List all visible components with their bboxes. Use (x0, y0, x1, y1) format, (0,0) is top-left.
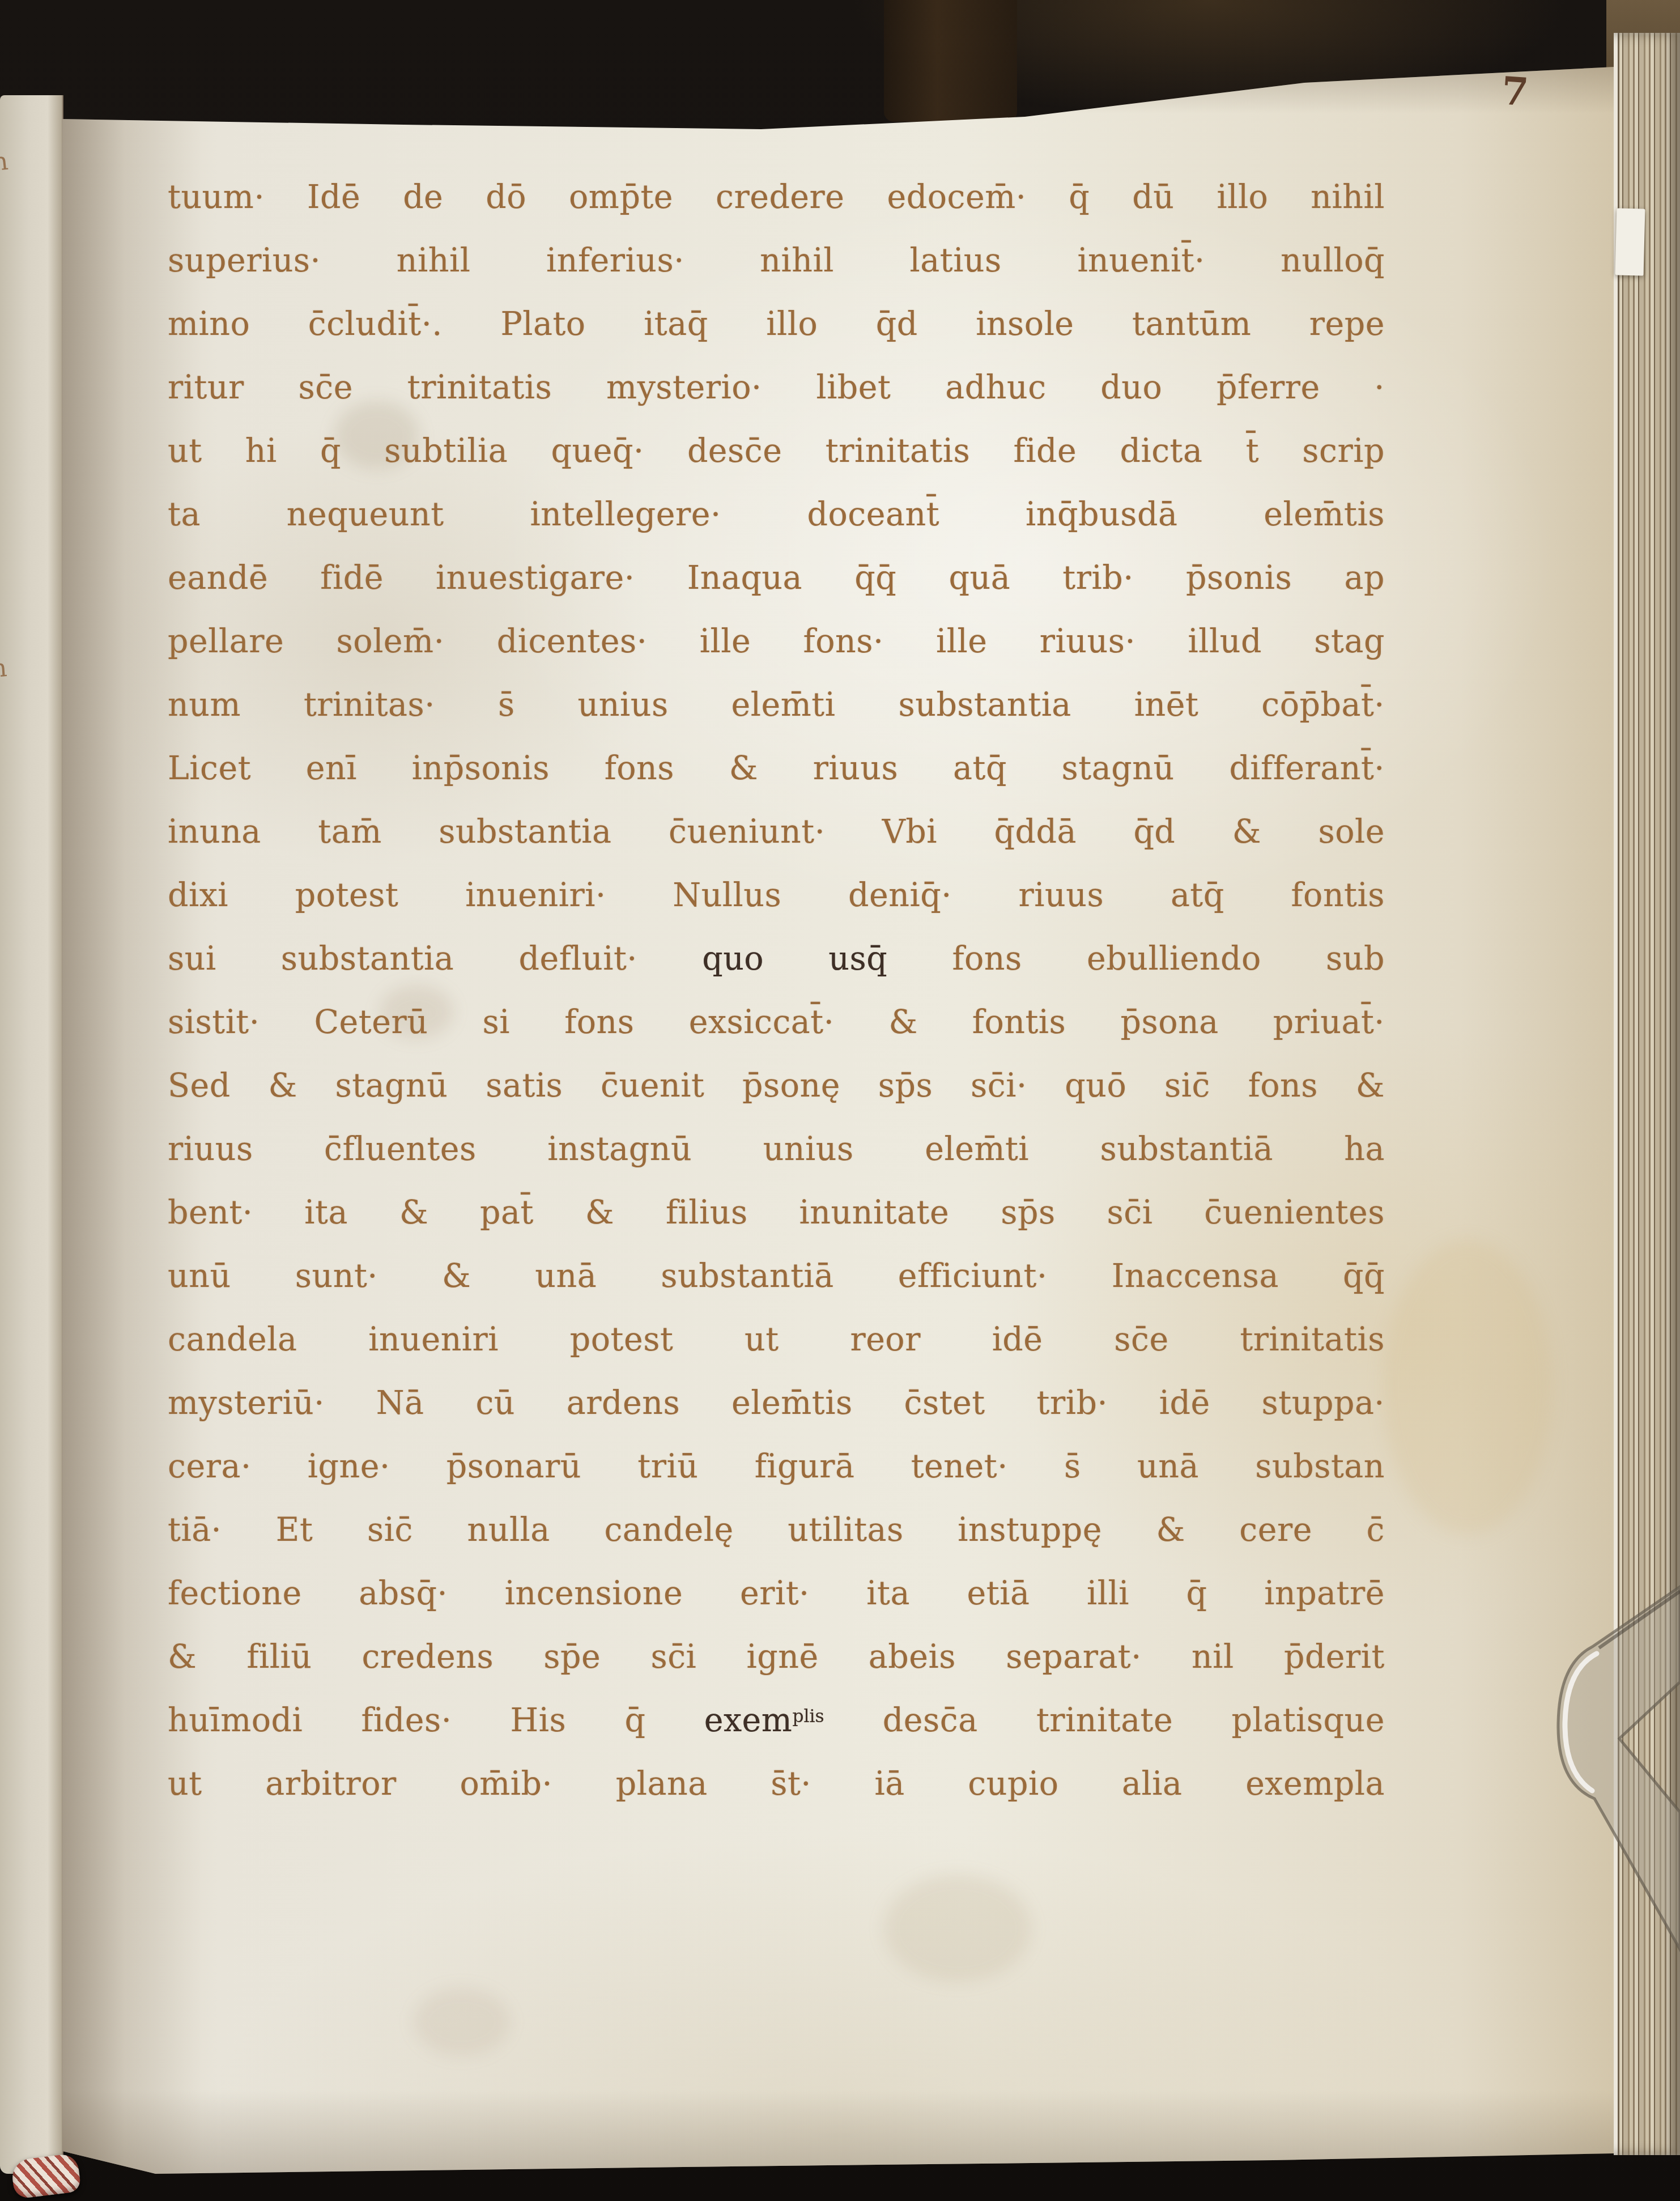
line-text: Sed & stagnū satis c̄uenit p̄sonę sp̄s s… (168, 1067, 1385, 1104)
parchment-stain (414, 1988, 510, 2056)
line-text: fectione absq̄· incensione erit· ita eti… (168, 1575, 1385, 1612)
parchment-stain (884, 1875, 1031, 1982)
line-text: tuum· Idē de dō omp̄te credere edocem̄· … (168, 179, 1385, 216)
line-text: ta nequeunt intellegere· doceant̄ inq̄bu… (168, 496, 1385, 533)
manuscript-line: sistit· Ceterū si fons exsiccat̄· & font… (168, 991, 1385, 1054)
line-text: mino c̄cludit̄·. Plato itaq̄ illo q̄d in… (168, 305, 1385, 343)
line-text: dixi potest inueniri· Nullus deniq̄· riu… (168, 877, 1385, 914)
plastic-clip-body (1558, 1587, 1680, 1949)
correction-text: exem (704, 1702, 793, 1739)
line-text: ut hi q̄ subtilia queq̄· desc̄e trinitat… (168, 432, 1385, 470)
page-number: 7 (1500, 71, 1530, 112)
manuscript-line: inuna tam̄ substantia c̄ueniunt· Vbi q̄d… (168, 800, 1385, 864)
correction-text: quo usq̄ (702, 940, 887, 978)
manuscript-line: ta nequeunt intellegere· doceant̄ inq̄bu… (168, 483, 1385, 546)
line-text: tiā· Et sic̄ nulla candelę utilitas inst… (168, 1511, 1385, 1549)
manuscript-page: 7 tuum· Idē de dō omp̄te credere edocem̄… (62, 50, 1615, 2175)
manuscript-line: pellare solem̄· dicentes· ille fons· ill… (168, 610, 1385, 673)
line-text: & filiū credens sp̄e sc̄i ignē abeis sep… (168, 1638, 1385, 1676)
facing-page-text-fragment: n (0, 653, 8, 683)
line-text: sui substantia defluit· (168, 940, 702, 978)
binding-support-top (884, 0, 1017, 122)
line-text: sistit· Ceterū si fons exsiccat̄· & font… (168, 1004, 1385, 1041)
line-text: riuus c̄fluentes instagnū unius elem̄ti … (168, 1131, 1385, 1168)
manuscript-line: Licet enī inp̄sonis fons & riuus atq̄ st… (168, 737, 1385, 800)
plastic-page-clip[interactable] (1551, 1569, 1680, 1965)
line-text: inuna tam̄ substantia c̄ueniunt· Vbi q̄d… (168, 813, 1385, 851)
manuscript-line: bent· ita & pat̄ & filius inunitate sp̄s… (168, 1181, 1385, 1244)
line-text: cera· igne· p̄sonarū triū figurā tenet· … (168, 1448, 1385, 1485)
manuscript-line: eandē fidē inuestigare· Inaqua q̄q̄ quā … (168, 546, 1385, 610)
line-text: num trinitas· s̄ unius elem̄ti substanti… (168, 686, 1385, 724)
line-text: candela inueniri potest ut reor idē sc̄e… (168, 1321, 1385, 1358)
manuscript-line: mysteriū· Nā cū ardens elem̄tis c̄stet t… (168, 1371, 1385, 1435)
line-text: huīmodi fides· His q̄ (168, 1702, 704, 1739)
line-text: bent· ita & pat̄ & filius inunitate sp̄s… (168, 1194, 1385, 1231)
bookmark-strip[interactable] (1615, 208, 1645, 275)
line-text: desc̄a trinitate platisque (824, 1702, 1385, 1739)
line-text: pellare solem̄· dicentes· ille fons· ill… (168, 623, 1385, 660)
manuscript-line: mino c̄cludit̄·. Plato itaq̄ illo q̄d in… (168, 292, 1385, 356)
line-text: eandē fidē inuestigare· Inaqua q̄q̄ quā … (168, 559, 1385, 597)
parchment-stain (380, 985, 453, 1039)
line-text: ritur sc̄e trinitatis mysterio· libet ad… (168, 369, 1385, 406)
line-text: Licet enī inp̄sonis fons & riuus atq̄ st… (168, 750, 1385, 787)
facing-page-text-fragment: n (0, 147, 10, 177)
parchment-stain (334, 401, 419, 469)
manuscript-line: ritur sc̄e trinitatis mysterio· libet ad… (168, 356, 1385, 419)
photograph-background: n n 7 tuum· Idē de dō omp̄te credere edo… (0, 0, 1680, 2201)
line-text: superius· nihil inferius· nihil latius i… (168, 242, 1385, 279)
manuscript-line: unū sunt· & unā substantiā efficiunt· In… (168, 1244, 1385, 1308)
line-text: fons ebulliendo sub (887, 940, 1385, 978)
line-text: ut arbitror om̄ib· plana s̄t· iā cupio a… (168, 1765, 1385, 1803)
manuscript-line: riuus c̄fluentes instagnū unius elem̄ti … (168, 1118, 1385, 1181)
line-text: unū sunt· & unā substantiā efficiunt· In… (168, 1257, 1385, 1295)
manuscript-line: tiā· Et sic̄ nulla candelę utilitas inst… (168, 1498, 1385, 1562)
manuscript-line: superius· nihil inferius· nihil latius i… (168, 229, 1385, 292)
manuscript-line: sui substantia defluit· quo usq̄ fons eb… (168, 927, 1385, 991)
manuscript-line: & filiū credens sp̄e sc̄i ignē abeis sep… (168, 1625, 1385, 1689)
correction-text: plis (792, 1706, 824, 1727)
manuscript-line: ut arbitror om̄ib· plana s̄t· iā cupio a… (168, 1752, 1385, 1816)
manuscript-line: Sed & stagnū satis c̄uenit p̄sonę sp̄s s… (168, 1054, 1385, 1118)
manuscript-line: candela inueniri potest ut reor idē sc̄e… (168, 1308, 1385, 1371)
text-block: tuum· Idē de dō omp̄te credere edocem̄· … (168, 165, 1385, 1816)
manuscript-line: huīmodi fides· His q̄ exemplis desc̄a tr… (168, 1689, 1385, 1752)
manuscript-line: fectione absq̄· incensione erit· ita eti… (168, 1562, 1385, 1625)
manuscript-line: cera· igne· p̄sonarū triū figurā tenet· … (168, 1435, 1385, 1498)
line-text: mysteriū· Nā cū ardens elem̄tis c̄stet t… (168, 1384, 1385, 1422)
manuscript-line: num trinitas· s̄ unius elem̄ti substanti… (168, 673, 1385, 737)
manuscript-line: tuum· Idē de dō omp̄te credere edocem̄· … (168, 165, 1385, 229)
manuscript-line: dixi potest inueniri· Nullus deniq̄· riu… (168, 864, 1385, 927)
facing-page-edge: n n (0, 95, 63, 2174)
parchment-stain (1383, 1240, 1553, 1535)
manuscript-line: ut hi q̄ subtilia queq̄· desc̄e trinitat… (168, 419, 1385, 483)
